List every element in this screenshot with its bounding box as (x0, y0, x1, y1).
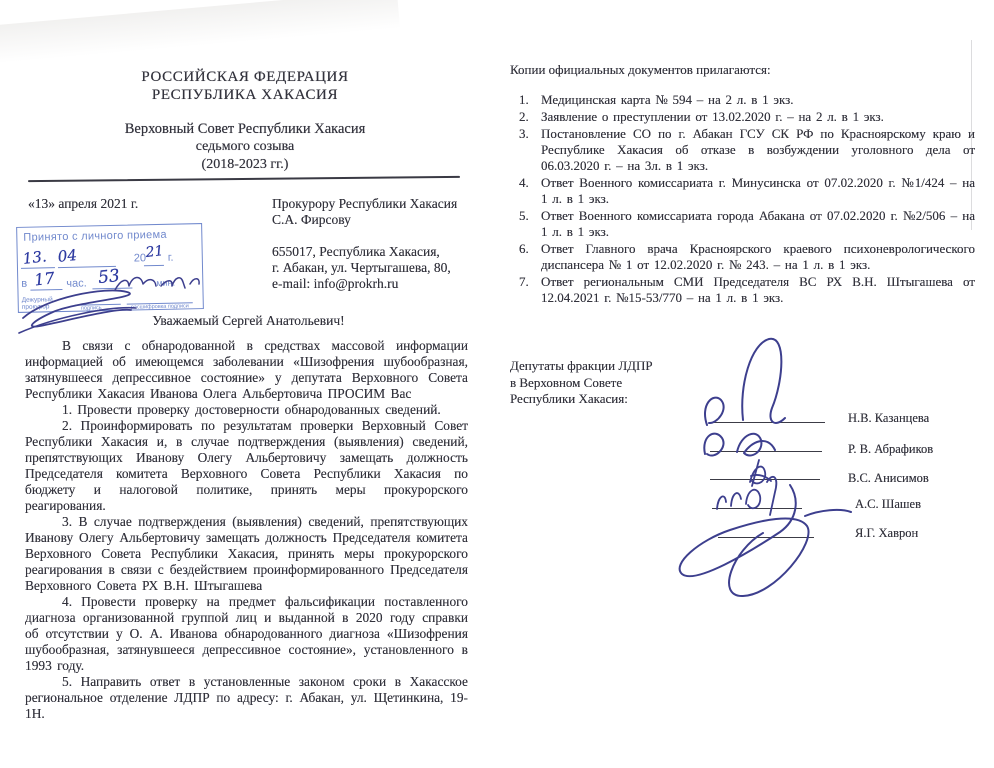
deputies-caption-line: в Верховном Совете (510, 375, 653, 392)
stamp-handwritten-minutes: 53 (97, 266, 121, 288)
attachments-title: Копии официальных документов прилагаются… (510, 62, 771, 78)
signer-name: В.С. Анисимов (848, 471, 929, 486)
scanned-letter: РОССИЙСКАЯ ФЕДЕРАЦИЯ РЕСПУБЛИКА ХАКАСИЯ … (0, 0, 994, 768)
deputies-caption-line: Депутаты фракции ЛДПР (510, 358, 653, 375)
letterhead-convocation: седьмого созыва (15, 138, 475, 156)
letterhead-rule (28, 176, 460, 182)
addressee-street: г. Абакан, ул. Чертыгашева, 80, (272, 260, 457, 276)
signer-name: Н.В. Казанцева (848, 411, 929, 426)
attachment-item: 4. Ответ Военного комиссариата г. Минуси… (519, 175, 975, 207)
stamp-time-prefix: в (21, 278, 27, 290)
stamp-handwritten-hours: 17 (33, 268, 55, 289)
stamp-year-prefix: 20 (134, 252, 146, 264)
stamp-sign-label: подпись (81, 305, 102, 311)
addressee-email: e-mail: info@prokrh.ru (272, 276, 457, 292)
signer-name: Р. В. Абрафиков (848, 442, 933, 457)
letterhead-republic: РЕСПУБЛИКА ХАКАСИЯ (15, 86, 475, 104)
deputies-caption: Депутаты фракции ЛДПР в Верховном Совете… (510, 358, 653, 408)
letter-page-1: РОССИЙСКАЯ ФЕДЕРАЦИЯ РЕСПУБЛИКА ХАКАСИЯ … (15, 0, 493, 768)
paragraph-item-4: 4. Провести проверку на предмет фальсифи… (25, 594, 468, 674)
letter-body: В связи с обнародованной в средствах мас… (25, 338, 468, 722)
paragraph-item-1: 1. Провести проверку достоверности обнар… (25, 402, 468, 418)
attachment-text: Заявление о преступлении от 13.02.2020 г… (541, 109, 975, 125)
paragraph-item-2: 2. Проинформировать по результатам прове… (25, 418, 468, 514)
attachment-number: 4. (519, 175, 541, 207)
stamp-hours-label: час. (66, 277, 87, 289)
attachment-number: 3. (519, 126, 541, 174)
stamp-handwritten-year: 21 (145, 243, 164, 261)
letter-page-2: Копии официальных документов прилагаются… (505, 0, 983, 768)
signatures-block: Н.В. Казанцева Р. В. Абрафиков В.С. Анис… (700, 405, 978, 555)
paragraph-item-5: 5. Направить ответ в установленные закон… (25, 674, 468, 722)
stamp-decode-label: расшифровка подписи (129, 303, 191, 310)
letter-date: «13» апреля 2021 г. (28, 196, 138, 212)
signature-line (710, 479, 820, 480)
stamp-minutes-label: мин. (156, 278, 175, 288)
attachment-item: 2. Заявление о преступлении от 13.02.202… (519, 109, 975, 125)
paragraph-item-3: 3. В случае подтверждения (выявления) св… (25, 514, 468, 594)
attachment-number: 5. (519, 208, 541, 240)
letterhead-council: Верховный Совет Республики Хакасия (15, 120, 475, 138)
stamp-official-label: Дежурный прокурор (22, 297, 72, 311)
addressee-title: Прокурору Республики Хакасия (272, 196, 457, 212)
attachment-item: 1. Медицинская карта № 594 – на 2 л. в 1… (519, 92, 975, 108)
letterhead: РОССИЙСКАЯ ФЕДЕРАЦИЯ РЕСПУБЛИКА ХАКАСИЯ … (15, 68, 475, 174)
spacer (272, 228, 457, 244)
stamp-handwritten-month: 04 (57, 246, 78, 266)
stamp-year-suffix: г. (168, 252, 174, 264)
addressee-zip: 655017, Республика Хакасия, (272, 244, 457, 260)
stamp-handwritten-day: 13. (22, 247, 48, 267)
attachment-number: 7. (519, 274, 541, 306)
addressee-block: Прокурору Республики Хакасия С.А. Фирсов… (272, 196, 457, 292)
paragraph-intro: В связи с обнародованной в средствах мас… (25, 338, 468, 402)
signer-name: Я.Г. Хаврон (855, 526, 918, 541)
stamp-line (92, 287, 132, 290)
signature-line (712, 422, 825, 423)
attachment-number: 2. (519, 109, 541, 125)
attachment-number: 1. (519, 92, 541, 108)
signature-line (712, 508, 802, 509)
signature-line (718, 537, 814, 538)
attachment-text: Ответ региональным СМИ Председателя ВС Р… (541, 274, 975, 306)
attachment-text: Ответ Военного комиссариата г. Минусинск… (541, 175, 975, 207)
greeting: Уважаемый Сергей Анатольевич! (25, 313, 472, 329)
attachment-text: Ответ Военного комиссариата города Абака… (541, 208, 975, 240)
attachment-item: 7. Ответ региональным СМИ Председателя В… (519, 274, 975, 306)
addressee-name: С.А. Фирсову (272, 212, 457, 228)
attachment-text: Постановление СО по г. Абакан ГСУ СК РФ … (541, 126, 975, 174)
attachment-item: 3. Постановление СО по г. Абакан ГСУ СК … (519, 126, 975, 174)
reception-stamp: Принято с личного приема 13. 04 20 21 г.… (16, 223, 204, 313)
stamp-title: Принято с личного приема (23, 229, 167, 244)
attachment-text: Медицинская карта № 594 – на 2 л. в 1 эк… (541, 92, 975, 108)
attachment-item: 5. Ответ Военного комиссариата города Аб… (519, 208, 975, 240)
letterhead-years: (2018-2023 гг.) (15, 156, 475, 174)
stamp-line (144, 264, 164, 266)
deputies-caption-line: Республики Хакасия: (510, 391, 653, 408)
attachments-list: 1. Медицинская карта № 594 – на 2 л. в 1… (519, 92, 975, 307)
attachment-text: Ответ Главного врача Красноярского краев… (541, 241, 975, 273)
letterhead-country: РОССИЙСКАЯ ФЕДЕРАЦИЯ (15, 68, 475, 86)
attachment-number: 6. (519, 241, 541, 273)
attachment-item: 6. Ответ Главного врача Красноярского кр… (519, 241, 975, 273)
stamp-line (30, 288, 62, 291)
signer-name: А.С. Шашев (855, 497, 921, 512)
signature-line (710, 451, 822, 452)
